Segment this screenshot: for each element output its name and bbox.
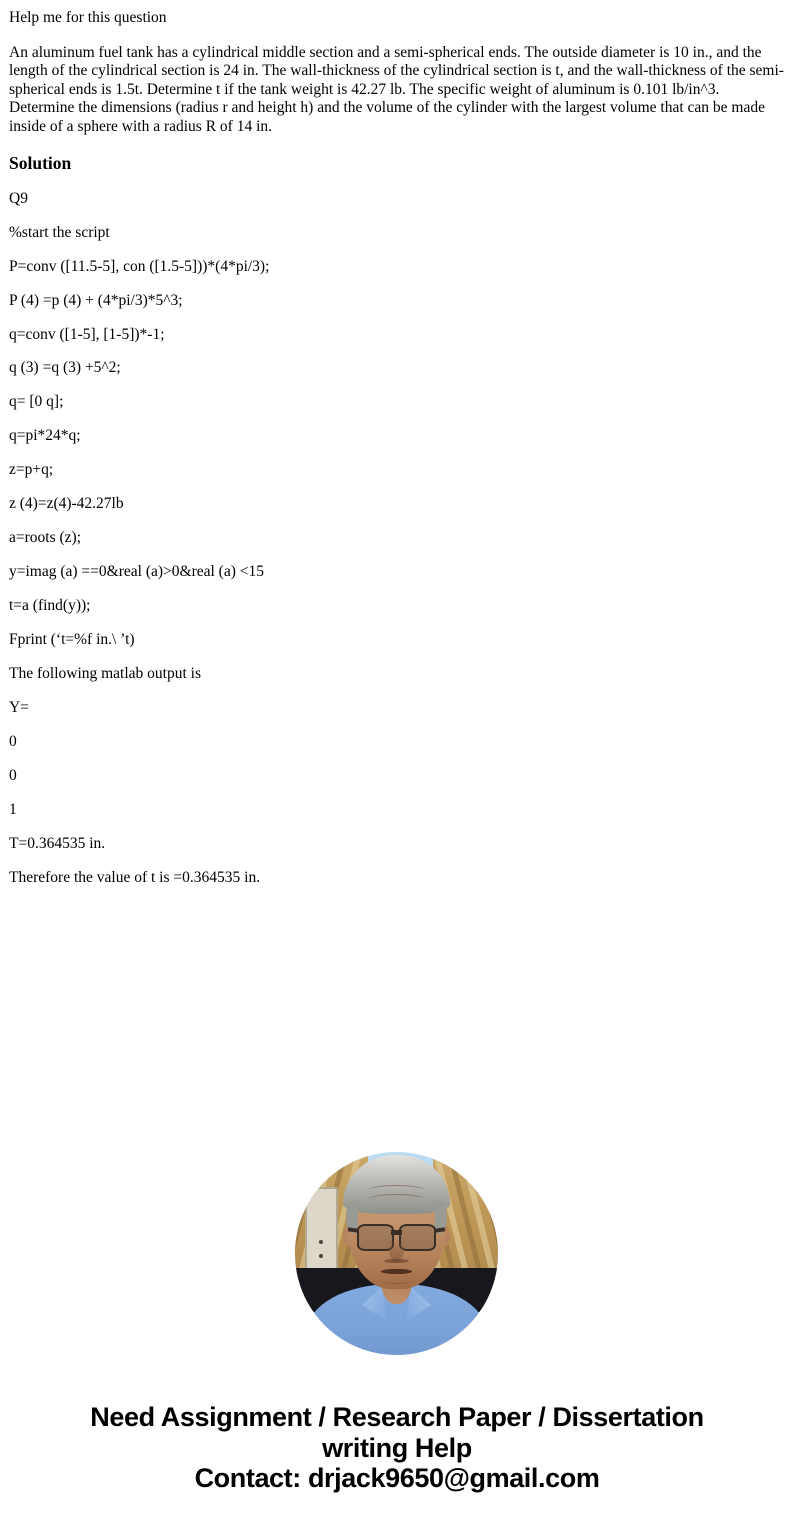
panel-switch-dot	[319, 1254, 323, 1258]
script-line: q (3) =q (3) +5^2;	[9, 359, 786, 378]
question-text: An aluminum fuel tank has a cylindrical …	[9, 44, 786, 137]
avatar-nose	[389, 1237, 403, 1261]
script-line: P (4) =p (4) + (4*pi/3)*5^3;	[9, 292, 786, 311]
script-line: z (4)=z(4)-42.27lb	[9, 495, 786, 514]
avatar-glasses-lens	[399, 1224, 436, 1251]
script-line: %start the script	[9, 224, 786, 243]
avatar-mouth	[381, 1269, 411, 1274]
solution-script-lines: Q9%start the scriptP=conv ([11.5-5], con…	[9, 190, 786, 888]
script-line: Therefore the value of t is =0.364535 in…	[9, 869, 786, 888]
avatar-chin-shadow	[382, 1277, 410, 1284]
script-line: q=conv ([1-5], [1-5])*-1;	[9, 326, 786, 345]
tutor-avatar	[295, 1152, 498, 1355]
script-line: 0	[9, 767, 786, 786]
avatar-nose-shadow	[384, 1259, 408, 1263]
script-line: Fprint (‘t=%f in.\ ’t)	[9, 631, 786, 650]
script-line: 0	[9, 733, 786, 752]
script-line: Q9	[9, 190, 786, 209]
panel-switch-dot	[319, 1240, 323, 1244]
script-line: a=roots (z);	[9, 529, 786, 548]
script-line: The following matlab output is	[9, 665, 786, 684]
script-line: 1	[9, 801, 786, 820]
avatar-glasses-bridge	[391, 1230, 401, 1235]
avatar-forehead-wrinkle	[368, 1194, 425, 1205]
solution-heading: Solution	[9, 153, 786, 174]
promo-footer: Need Assignment / Research Paper / Disse…	[0, 1402, 794, 1494]
script-line: y=imag (a) ==0&real (a)>0&real (a) <15	[9, 563, 786, 582]
script-line: P=conv ([11.5-5], con ([1.5-5]))*(4*pi/3…	[9, 258, 786, 277]
script-line: q= [0 q];	[9, 393, 786, 412]
script-line: T=0.364535 in.	[9, 835, 786, 854]
promo-footer-line: writing Help	[0, 1433, 794, 1464]
script-line: z=p+q;	[9, 461, 786, 480]
homework-help-page: Help me for this question An aluminum fu…	[0, 0, 794, 1523]
promo-contact-email: Contact: drjack9650@gmail.com	[0, 1463, 794, 1494]
script-line: Y=	[9, 699, 786, 718]
document-body: Help me for this question An aluminum fu…	[0, 0, 794, 903]
script-line: t=a (find(y));	[9, 597, 786, 616]
promo-footer-line: Need Assignment / Research Paper / Disse…	[0, 1402, 794, 1433]
page-title: Help me for this question	[9, 9, 786, 28]
script-line: q=pi*24*q;	[9, 427, 786, 446]
